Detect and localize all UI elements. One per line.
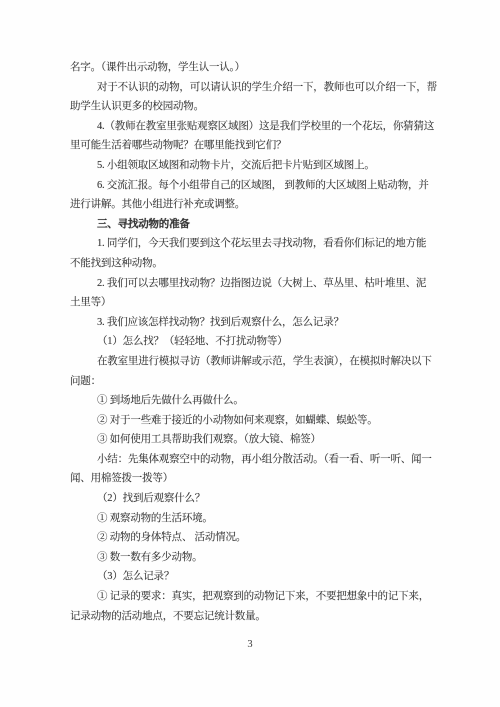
text-line: 4.（教师在教室里张贴观察区域图）这是我们学校里的一个花坛，你猜猜这 <box>70 117 438 137</box>
text-line: 6. 交流汇报。每个小组带自己的区域图， 到教师的大区域图上贴动物，并 <box>70 176 438 196</box>
text-line: 土里等） <box>70 293 438 313</box>
text-line: （2）找到后观察什么？ <box>70 489 438 509</box>
text-line: ① 到场地后先做什么再做什么。 <box>70 391 438 411</box>
page-number: 3 <box>0 638 500 652</box>
text-line: ② 动物的身体特点、 活动情况。 <box>70 528 438 548</box>
text-line: 问题： <box>70 372 438 392</box>
text-line: ③ 数一数有多少动物。 <box>70 548 438 568</box>
text-line: 助学生认识更多的校园动物。 <box>70 97 438 117</box>
text-line: 5. 小组领取区域图和动物卡片，交流后把卡片贴到区域图上。 <box>70 156 438 176</box>
text-line: （3）怎么记录？ <box>70 567 438 587</box>
text-line: 3. 我们应该怎样找动物？找到后观察什么，怎么记录？ <box>70 313 438 333</box>
text-line: 不能找到这种动物。 <box>70 254 438 274</box>
text-line: ① 记录的要求：真实，把观察到的动物记下来，不要把想象中的记下来， <box>70 587 438 607</box>
text-line: 记录动物的活动地点，不要忘记统计数量。 <box>70 607 438 627</box>
text-line: 2. 我们可以去哪里找动物？边指图边说（大树上、草丛里、枯叶堆里、泥 <box>70 274 438 294</box>
text-line: 在教室里进行模拟寻访（教师讲解或示范，学生表演），在模拟时解决以下 <box>70 352 438 372</box>
document-body: 名字。（课件出示动物，学生认一认。）对于不认识的动物，可以请认识的学生介绍一下，… <box>70 58 438 626</box>
text-line: ① 观察动物的生活环境。 <box>70 509 438 529</box>
text-line: 里可能生活着哪些动物呢？在哪里能找到它们？ <box>70 136 438 156</box>
text-line: 名字。（课件出示动物，学生认一认。） <box>70 58 438 78</box>
text-line: 三、寻找动物的准备 <box>70 215 438 235</box>
text-line: ③ 如何使用工具帮助我们观察。（放大镜、棉签） <box>70 430 438 450</box>
text-line: 进行讲解。其他小组进行补充或调整。 <box>70 195 438 215</box>
text-line: 小结：先集体观察空中的动物，再小组分散活动。（看一看、听一听、闻一 <box>70 450 438 470</box>
text-line: 1. 同学们，今天我们要到这个花坛里去寻找动物，看看你们标记的地方能 <box>70 234 438 254</box>
text-line: 对于不认识的动物，可以请认识的学生介绍一下，教师也可以介绍一下，帮 <box>70 78 438 98</box>
document-page: 名字。（课件出示动物，学生认一认。）对于不认识的动物，可以请认识的学生介绍一下，… <box>0 0 500 707</box>
text-line: （1）怎么找？（轻轻地、不打扰动物等） <box>70 332 438 352</box>
text-line: ② 对于一些难于接近的小动物如何来观察，如蝴蝶、蜈蚣等。 <box>70 411 438 431</box>
text-line: 闻、用棉签拨一拨等） <box>70 469 438 489</box>
